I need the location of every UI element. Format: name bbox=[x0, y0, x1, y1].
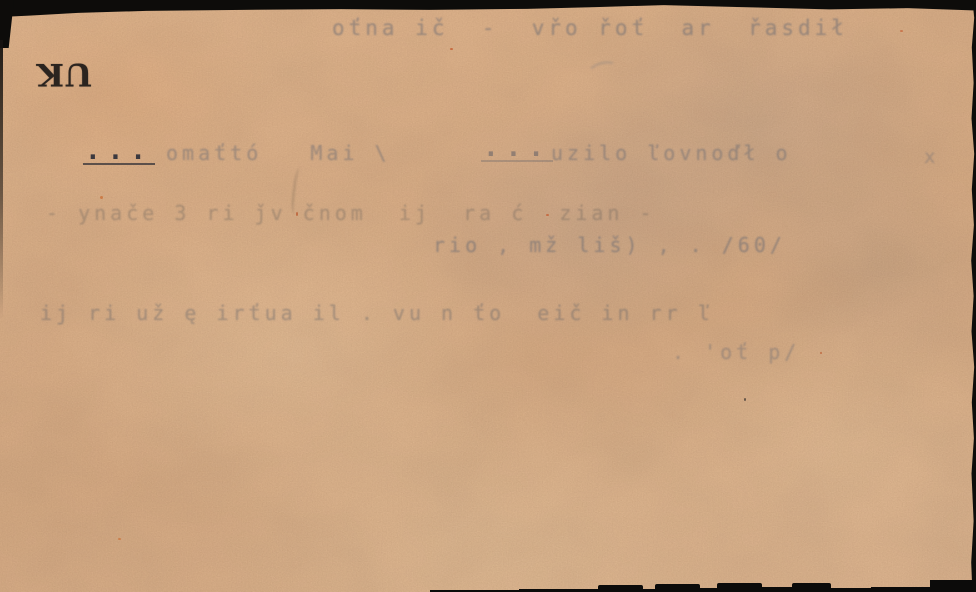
bottom-edge-fragment bbox=[792, 583, 832, 592]
paper-fleck bbox=[450, 48, 453, 50]
scan-edge-bottom bbox=[430, 578, 976, 592]
paper-fleck bbox=[900, 30, 903, 32]
bottom-edge-fragment bbox=[831, 588, 871, 592]
ghost-text-fragment: . 'oť p/ bbox=[672, 340, 800, 364]
scan-edge-top bbox=[0, 0, 976, 17]
ghost-text-line: rio , mž liš) , . /60/ bbox=[433, 233, 786, 257]
scan-edge-left-line bbox=[0, 40, 3, 320]
paper-fleck bbox=[820, 352, 822, 354]
ghost-text-fragment: x bbox=[924, 146, 939, 168]
ghost-text-line: ij ri už ę irťua il . vu n ťo eič in rr … bbox=[40, 301, 714, 325]
bottom-edge-fragment bbox=[871, 587, 930, 592]
ghost-text-line: - ynače 3 ri ǰv čnom ij ra ć zian - bbox=[46, 201, 656, 225]
bottom-edge-fragment bbox=[762, 587, 792, 592]
index-card-scan: UK ... ... oťna ič - vřo řoť ar řasdił o… bbox=[0, 0, 976, 592]
bottom-edge-fragment bbox=[717, 583, 762, 592]
bottom-edge-fragment bbox=[700, 588, 718, 592]
bottom-edge-fragment bbox=[655, 584, 700, 592]
paper-fleck bbox=[744, 398, 746, 401]
paper-fleck bbox=[100, 196, 103, 199]
ink-smudge bbox=[587, 59, 620, 82]
paper-mottle-texture bbox=[0, 0, 976, 592]
uk-stamp: UK bbox=[36, 56, 92, 92]
paper-fleck bbox=[118, 538, 121, 540]
bottom-edge-fragment bbox=[598, 585, 643, 592]
ghost-text-line: omaťtó Mai \ uzilo ľovnoďł o bbox=[166, 141, 792, 165]
scan-edge-right bbox=[970, 0, 976, 592]
paper-grain-texture bbox=[0, 0, 976, 592]
typed-ellipsis-dark: ... bbox=[83, 146, 155, 165]
bottom-edge-fragment bbox=[930, 580, 976, 592]
ghost-text-line: oťna ič - vřo řoť ar řasdił bbox=[332, 16, 848, 40]
